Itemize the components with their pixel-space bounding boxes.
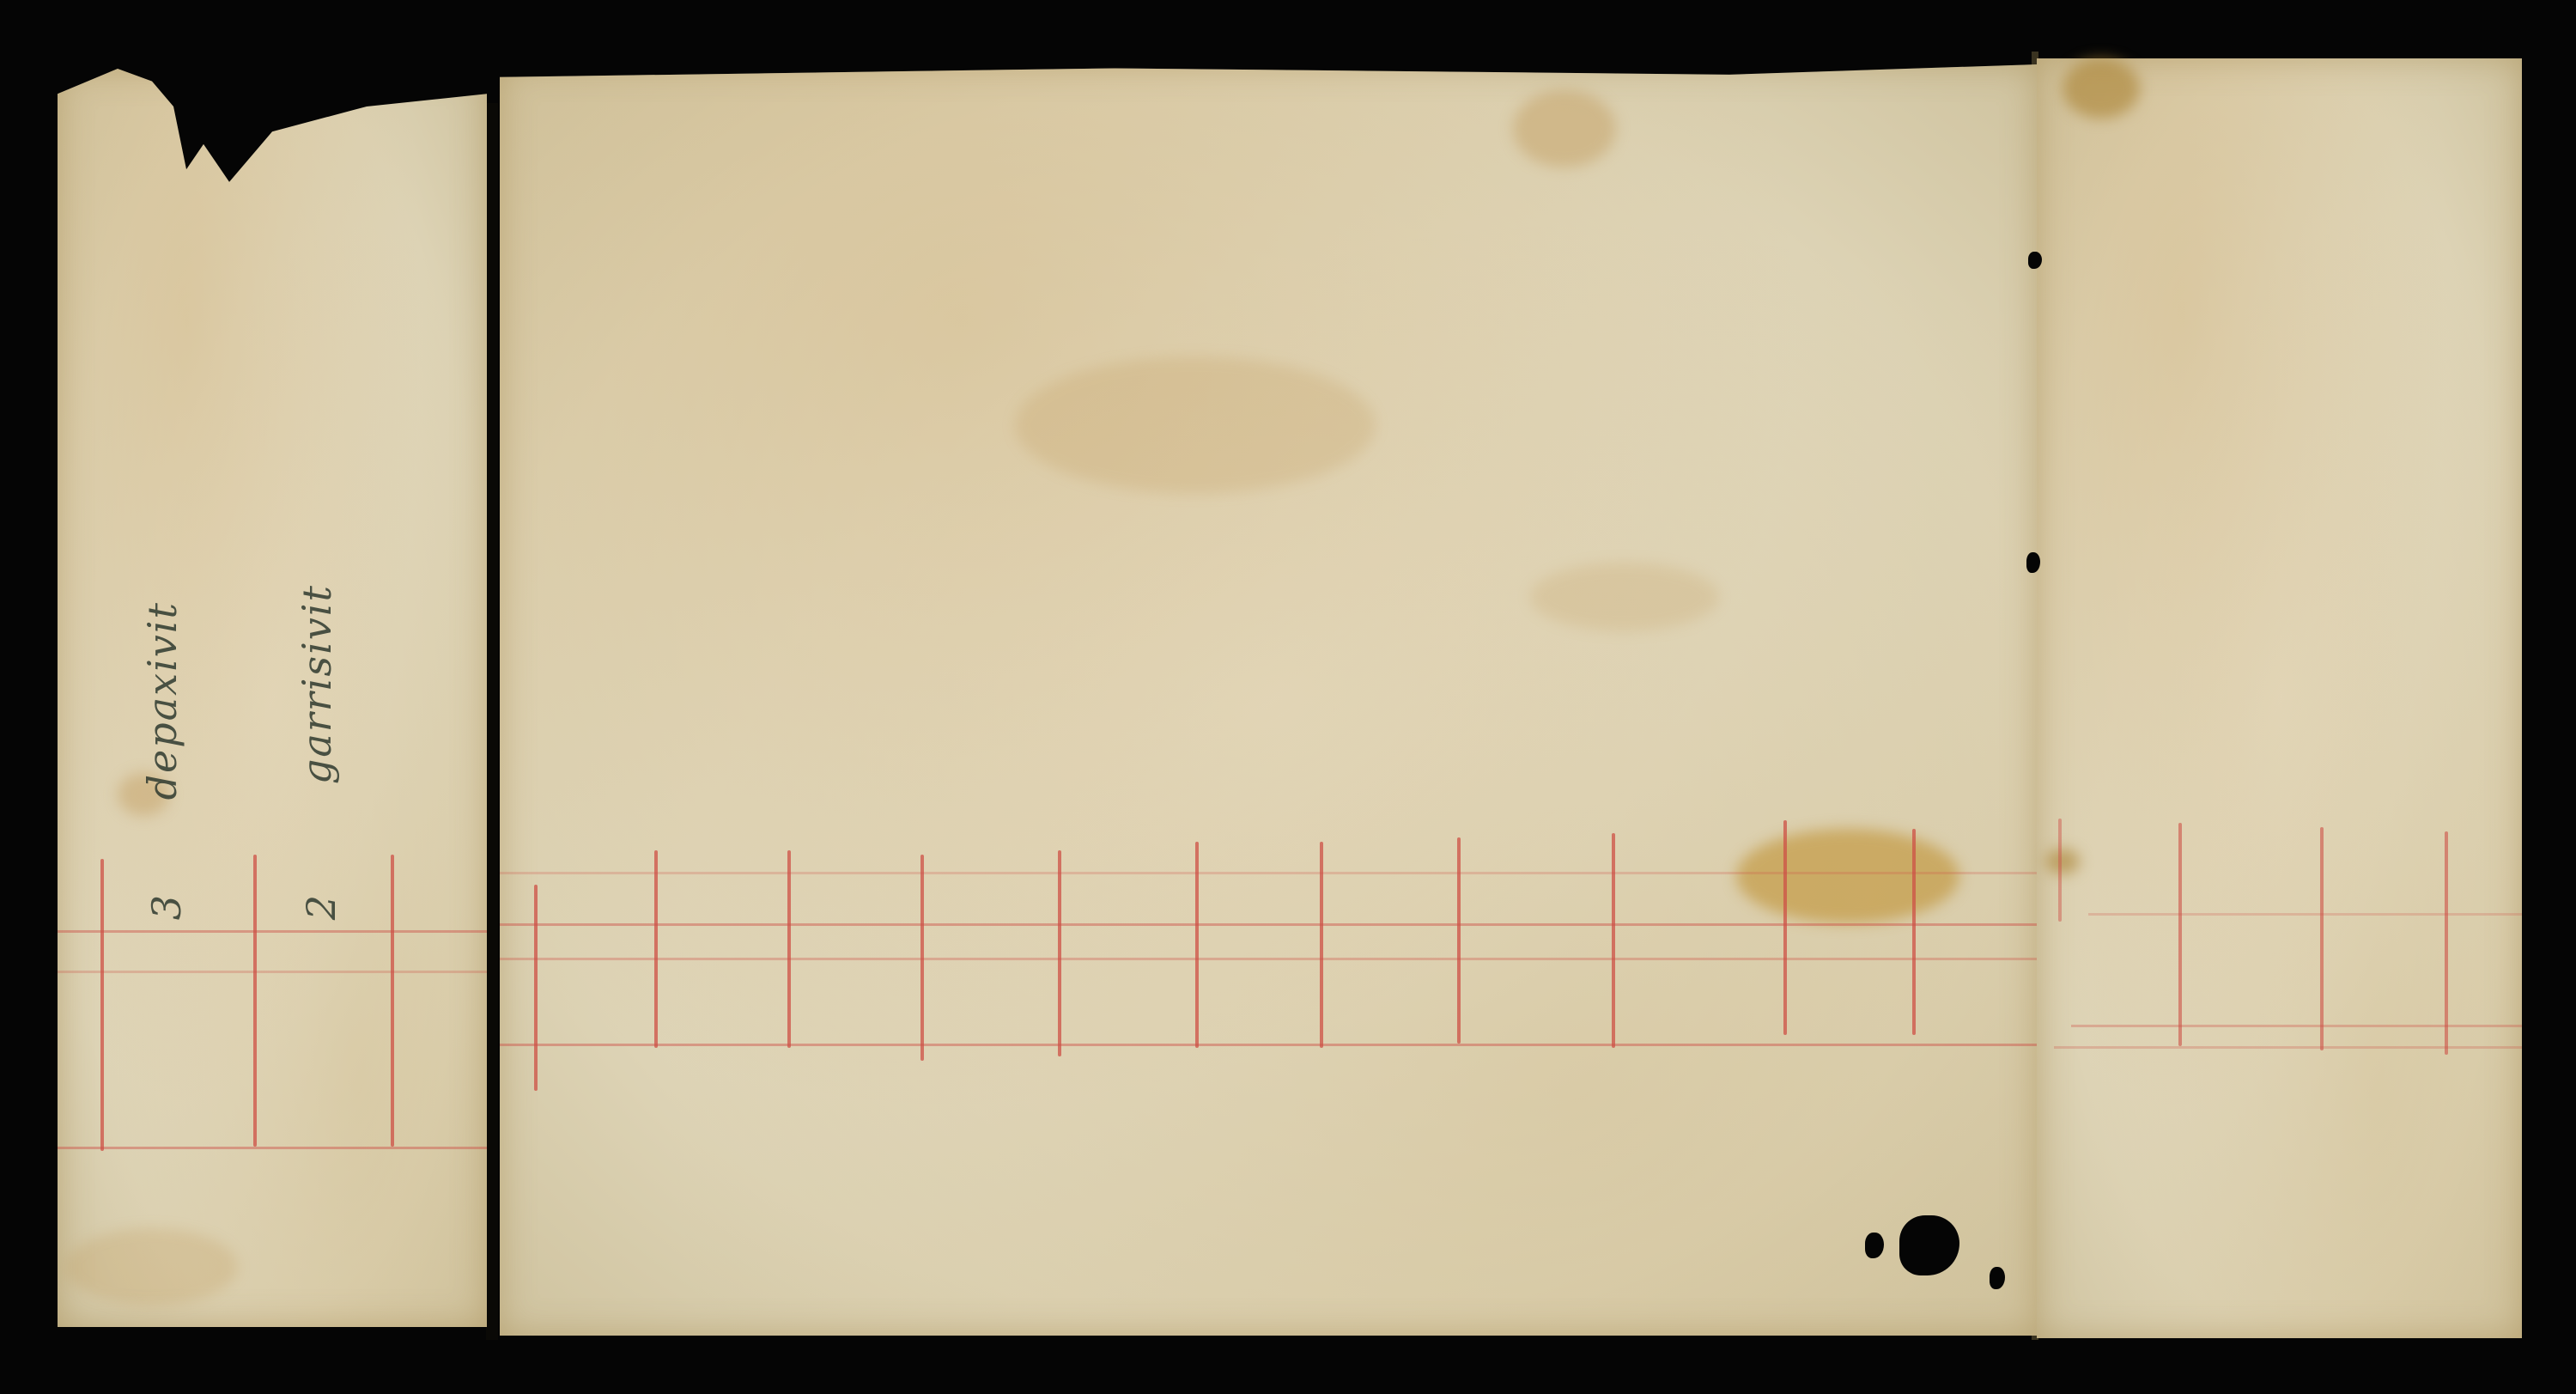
stain bbox=[1513, 90, 1616, 167]
red-ruling-line bbox=[58, 930, 487, 933]
red-ruling-line bbox=[58, 1147, 487, 1149]
manuscript-numeral: 3 bbox=[143, 893, 190, 920]
red-ruling-line bbox=[500, 958, 2037, 960]
paper-hole bbox=[2028, 252, 2042, 269]
stain bbox=[66, 1228, 238, 1306]
paper-hole bbox=[1990, 1267, 2005, 1289]
red-ruling-line bbox=[391, 855, 394, 1147]
stain bbox=[1530, 563, 1719, 631]
red-ruling-line bbox=[2445, 831, 2448, 1055]
red-ruling-line bbox=[500, 1044, 2037, 1046]
paper-hole bbox=[2026, 552, 2040, 573]
red-ruling-line bbox=[1058, 850, 1061, 1056]
manuscript-text-column: garrisivit bbox=[294, 584, 340, 784]
stain bbox=[2063, 58, 2140, 119]
red-ruling-line bbox=[500, 872, 2037, 874]
red-ruling-line bbox=[654, 850, 658, 1048]
stain bbox=[1736, 829, 1959, 923]
red-ruling-line bbox=[100, 859, 104, 1151]
red-ruling-line bbox=[2320, 827, 2324, 1050]
manuscript-text-column: depaxivit bbox=[139, 601, 185, 800]
red-ruling-line bbox=[253, 855, 257, 1147]
red-ruling-line bbox=[2088, 913, 2522, 916]
paper-hole bbox=[1865, 1233, 1884, 1258]
stain bbox=[2045, 849, 2080, 874]
stain bbox=[1015, 356, 1376, 494]
red-ruling-line bbox=[1912, 829, 1916, 1035]
manuscript-panel-right bbox=[2037, 58, 2522, 1338]
red-ruling-line bbox=[1457, 837, 1461, 1044]
red-ruling-line bbox=[534, 885, 538, 1091]
manuscript-panel-left: depaxivit 3 garrisivit 2 bbox=[58, 69, 487, 1327]
red-ruling-line bbox=[787, 850, 791, 1048]
manuscript-panel-middle bbox=[500, 64, 2037, 1336]
red-ruling-line bbox=[500, 923, 2037, 926]
red-ruling-line bbox=[2054, 1046, 2522, 1049]
red-ruling-line bbox=[58, 971, 487, 973]
red-ruling-line bbox=[1612, 833, 1615, 1048]
red-ruling-line bbox=[2058, 819, 2062, 922]
manuscript-numeral: 2 bbox=[298, 893, 344, 920]
red-ruling-line bbox=[2071, 1025, 2522, 1027]
red-ruling-line bbox=[2178, 823, 2182, 1046]
panel-seam-left bbox=[486, 103, 498, 1340]
paper-hole bbox=[1899, 1215, 1959, 1275]
red-ruling-line bbox=[1783, 820, 1787, 1035]
